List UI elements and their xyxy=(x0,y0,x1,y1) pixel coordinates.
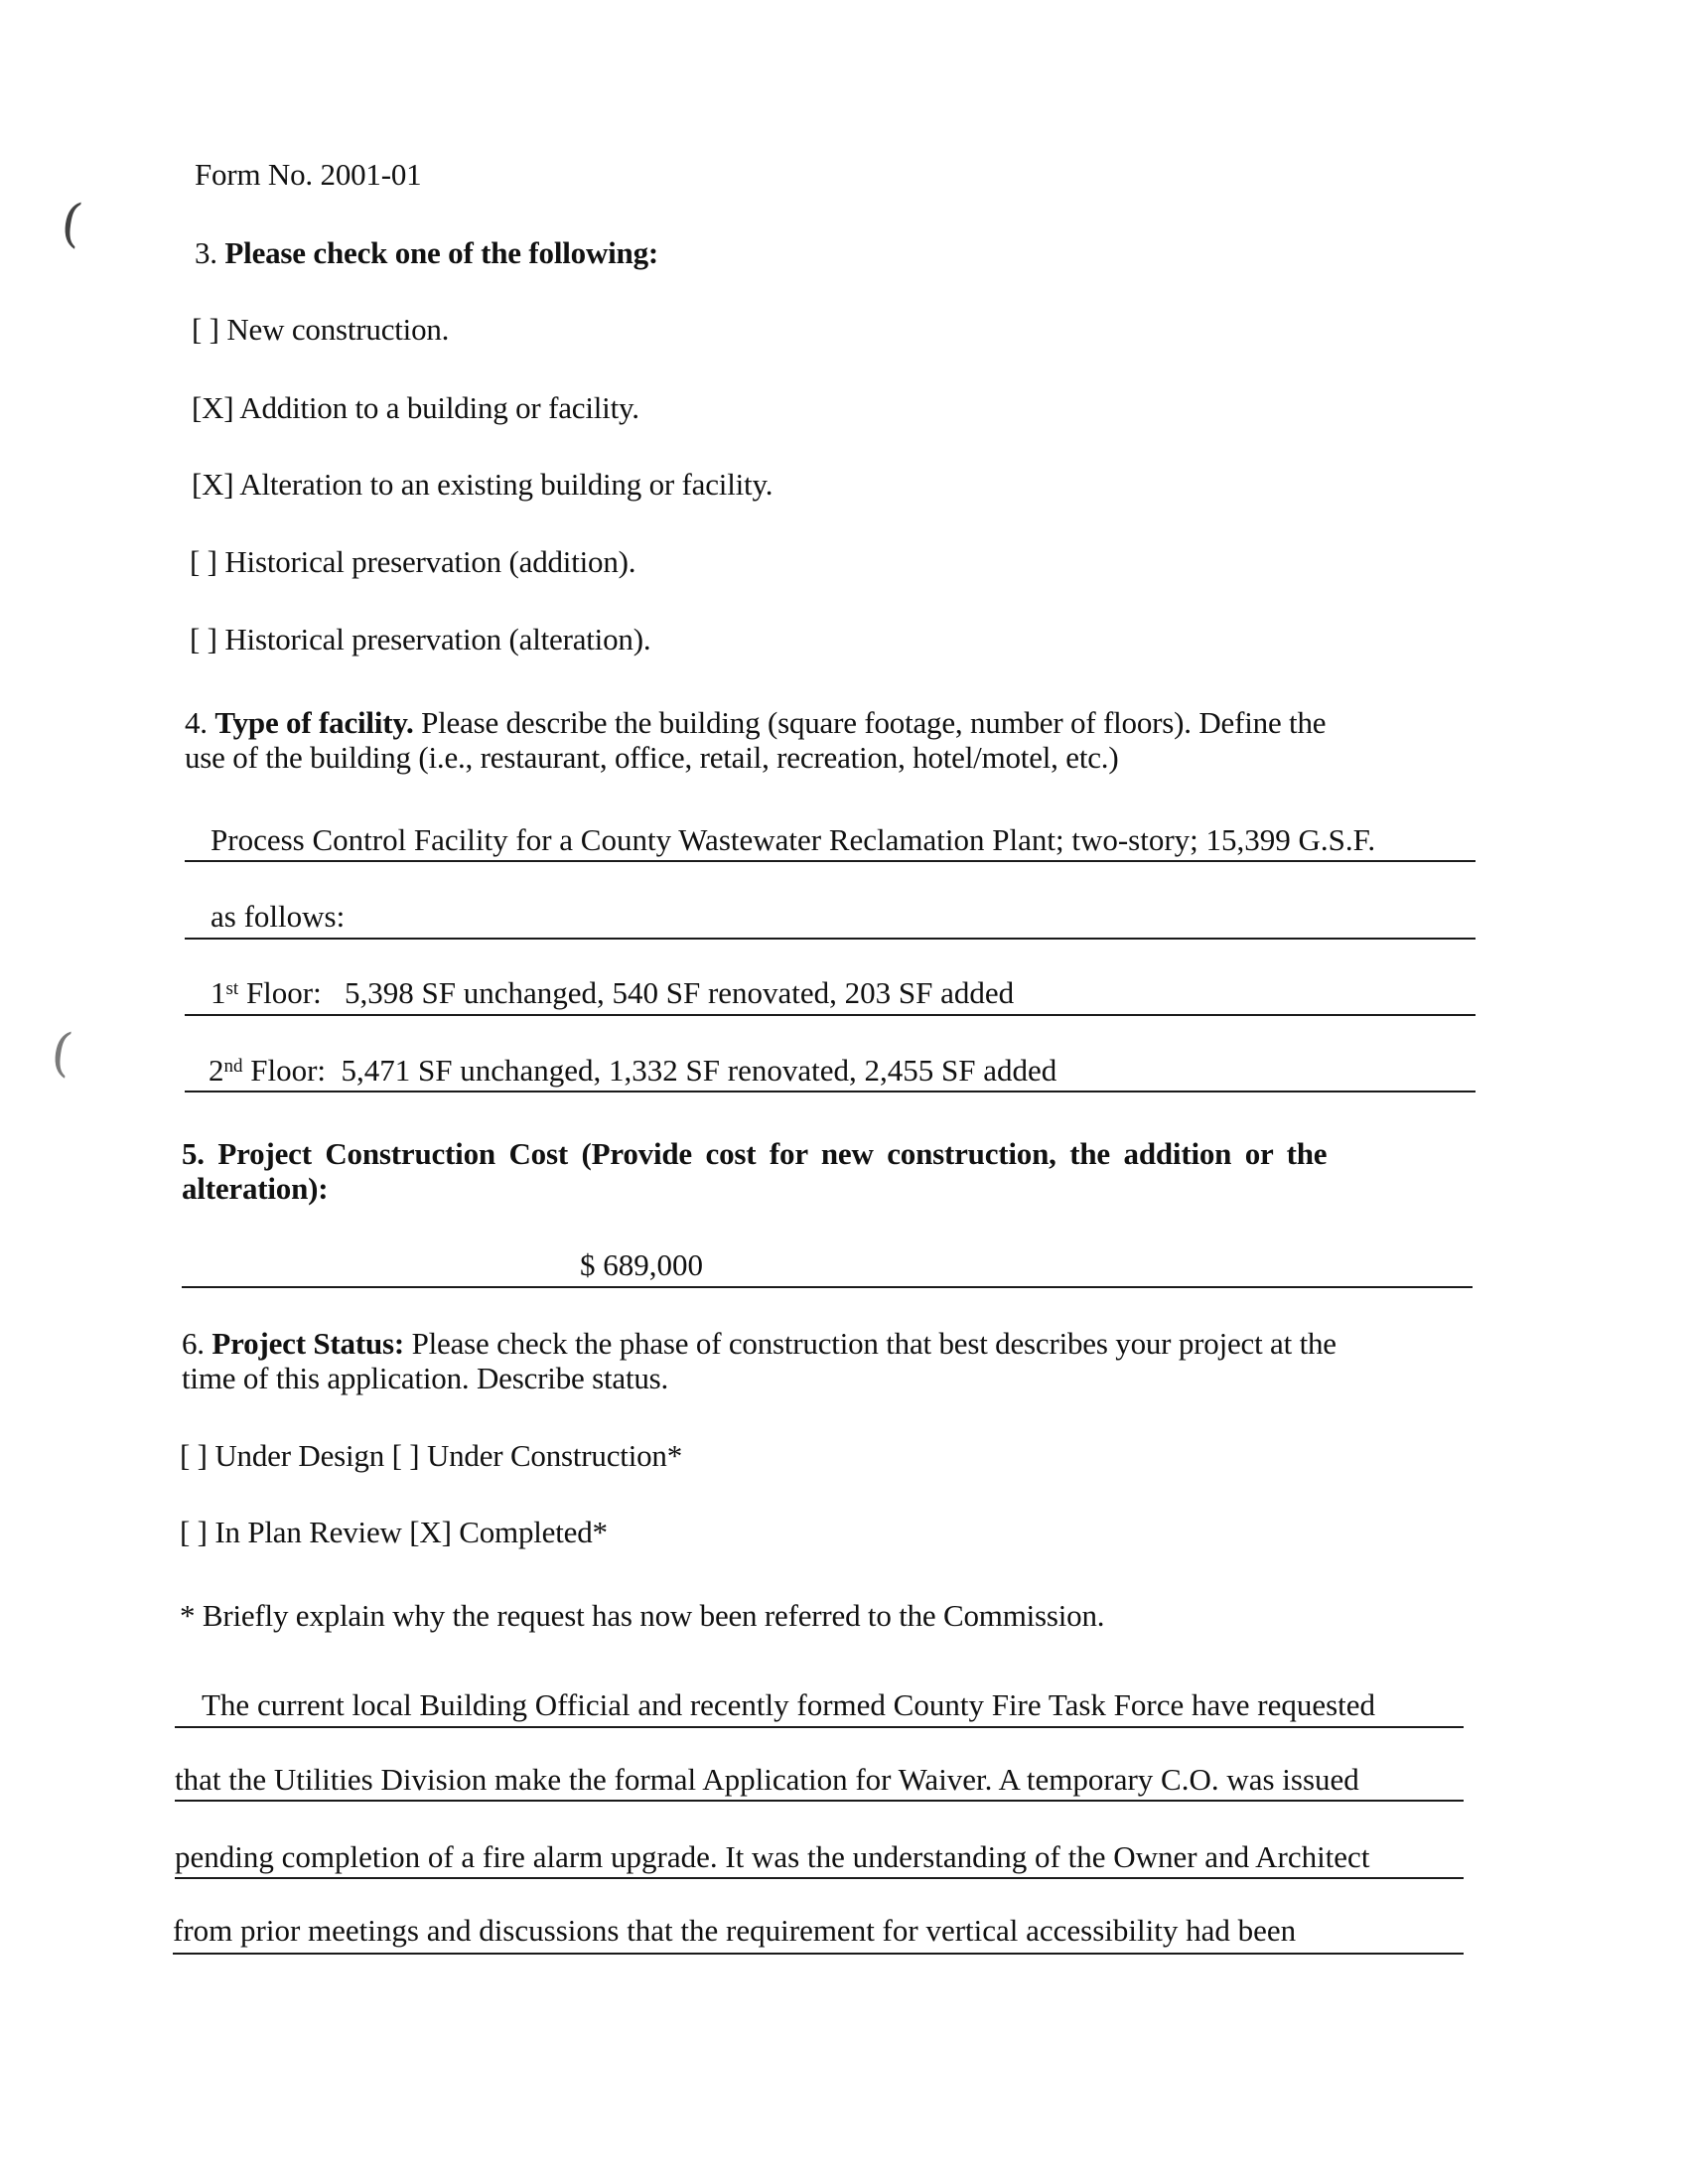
ordinal-suffix: nd xyxy=(224,1056,243,1077)
status-row-1: [ ] Under Design [ ] Under Construction* xyxy=(180,1438,682,1474)
facility-description-field[interactable]: Process Control Facility for a County Wa… xyxy=(211,822,1375,858)
section-3-heading: 3. Please check one of the following: xyxy=(195,235,658,271)
section-title: Type of facility. xyxy=(214,705,413,740)
form-number: Form No. 2001-01 xyxy=(195,157,421,193)
checkbox-empty[interactable]: [ ] xyxy=(190,544,217,579)
facility-description-field[interactable]: as follows: xyxy=(211,899,345,935)
floor-ordinal: 1 xyxy=(211,975,226,1010)
option-label: Alteration to an existing building or fa… xyxy=(239,467,773,502)
status-label: Under Construction* xyxy=(427,1438,682,1473)
margin-bracket-mark: ( xyxy=(58,193,85,254)
section-6-prompt-line-2: time of this application. Describe statu… xyxy=(182,1361,668,1396)
answer-underline xyxy=(185,860,1476,862)
answer-underline xyxy=(185,1091,1476,1092)
checkbox-empty[interactable]: [ ] xyxy=(192,312,219,347)
answer-underline xyxy=(185,938,1476,940)
explanation-underline xyxy=(175,1726,1464,1728)
second-floor-field[interactable]: 2nd Floor: 5,471 SF unchanged, 1,332 SF … xyxy=(209,1053,1056,1089)
section-title: Please check one of the following: xyxy=(224,235,658,270)
section-4-prompt-line-2: use of the building (i.e., restaurant, o… xyxy=(185,740,1118,776)
option-label: Addition to a building or facility. xyxy=(239,390,639,425)
option-historical-alteration[interactable]: [ ] Historical preservation (alteration)… xyxy=(190,622,650,657)
section-title: Project Construction Cost (Provide cost … xyxy=(217,1136,1327,1171)
section-number: 3. xyxy=(195,235,217,270)
checkbox-empty[interactable]: [ ] xyxy=(180,1438,208,1473)
explanation-line[interactable]: that the Utilities Division make the for… xyxy=(175,1762,1359,1798)
floor-detail: Floor: 5,398 SF unchanged, 540 SF renova… xyxy=(238,975,1014,1010)
status-in-plan-review[interactable]: [ ] In Plan Review xyxy=(180,1515,402,1549)
option-historical-addition[interactable]: [ ] Historical preservation (addition). xyxy=(190,544,635,580)
status-label: In Plan Review xyxy=(214,1515,401,1549)
option-label: Historical preservation (alteration). xyxy=(224,622,650,656)
option-addition[interactable]: [X] Addition to a building or facility. xyxy=(192,390,639,426)
status-row-2: [ ] In Plan Review [X] Completed* xyxy=(180,1515,608,1550)
section-4-prompt-line-1: 4. Type of facility. Please describe the… xyxy=(185,705,1326,741)
checkbox-checked[interactable]: [X] xyxy=(192,390,233,425)
status-under-design[interactable]: [ ] Under Design xyxy=(180,1438,384,1473)
explanation-underline xyxy=(173,1953,1464,1955)
explanation-underline xyxy=(175,1800,1464,1802)
status-completed[interactable]: [X] Completed* xyxy=(409,1515,608,1549)
section-number: 5. xyxy=(182,1136,205,1171)
checkbox-checked[interactable]: [X] xyxy=(409,1515,451,1549)
section-5-heading-line-1: 5. Project Construction Cost (Provide co… xyxy=(182,1136,1470,1172)
checkbox-empty[interactable]: [ ] xyxy=(392,1438,420,1473)
checkbox-checked[interactable]: [X] xyxy=(192,467,233,502)
floor-ordinal: 2 xyxy=(209,1053,224,1088)
margin-bracket-mark: ( xyxy=(48,1022,75,1084)
first-floor-field[interactable]: 1st Floor: 5,398 SF unchanged, 540 SF re… xyxy=(211,975,1014,1011)
prompt-text: Please describe the building (square foo… xyxy=(421,705,1326,740)
option-alteration[interactable]: [X] Alteration to an existing building o… xyxy=(192,467,773,503)
explanation-line[interactable]: pending completion of a fire alarm upgra… xyxy=(175,1839,1369,1875)
section-6-prompt-line-1: 6. Project Status: Please check the phas… xyxy=(182,1326,1336,1362)
explanation-footnote: * Briefly explain why the request has no… xyxy=(180,1598,1104,1634)
explanation-line[interactable]: from prior meetings and discussions that… xyxy=(173,1913,1296,1949)
section-title: Project Status: xyxy=(211,1326,404,1361)
option-new-construction[interactable]: [ ] New construction. xyxy=(192,312,449,348)
floor-detail: Floor: 5,471 SF unchanged, 1,332 SF reno… xyxy=(243,1053,1057,1088)
status-label: Completed* xyxy=(459,1515,608,1549)
checkbox-empty[interactable]: [ ] xyxy=(180,1515,208,1549)
checkbox-empty[interactable]: [ ] xyxy=(190,622,217,656)
section-5-heading-line-2: alteration): xyxy=(182,1171,328,1207)
explanation-underline xyxy=(175,1877,1464,1879)
answer-underline xyxy=(185,1014,1476,1016)
status-under-construction[interactable]: [ ] Under Construction* xyxy=(392,1438,682,1473)
ordinal-suffix: st xyxy=(226,978,239,999)
prompt-text: Please check the phase of construction t… xyxy=(412,1326,1336,1361)
status-label: Under Design xyxy=(214,1438,384,1473)
cost-underline xyxy=(182,1286,1473,1288)
construction-cost-field[interactable]: $ 689,000 xyxy=(580,1247,703,1283)
option-label: New construction. xyxy=(226,312,449,347)
option-label: Historical preservation (addition). xyxy=(224,544,635,579)
section-number: 6. xyxy=(182,1326,205,1361)
section-number: 4. xyxy=(185,705,208,740)
explanation-line[interactable]: The current local Building Official and … xyxy=(202,1687,1375,1723)
